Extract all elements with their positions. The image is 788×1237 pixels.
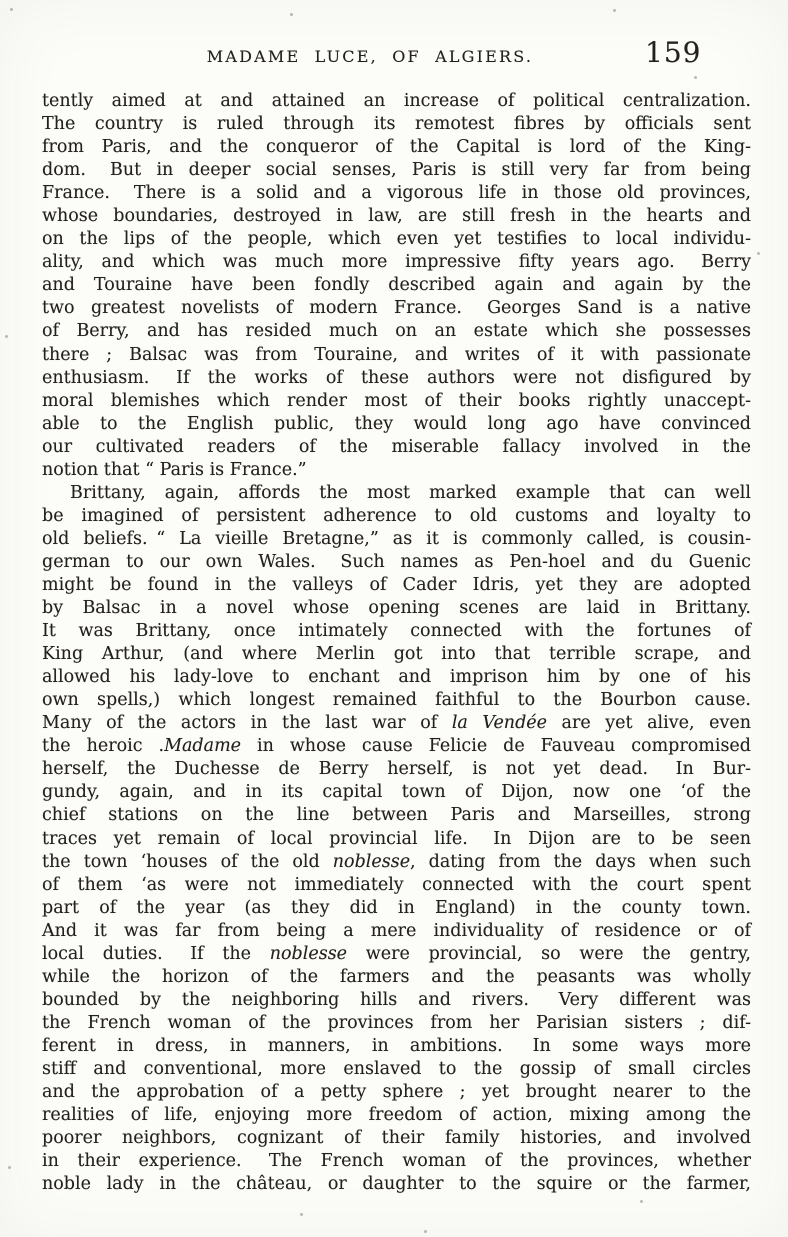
text-line: allowed his lady-love to enchant and imp… (42, 666, 751, 689)
text-run: noble lady in the château, or daughter t… (42, 1174, 751, 1194)
text-line: in their experience. The French woman of… (42, 1150, 751, 1173)
text-line: realities of life, enjoying more freedom… (42, 1104, 751, 1127)
text-run: in whose cause Felicie de Fauveau compro… (241, 736, 751, 756)
text-line: on the lips of the people, which even ye… (42, 228, 751, 251)
text-run: The country is ruled through its remotes… (42, 114, 751, 134)
text-line: two greatest novelists of modern France.… (42, 297, 751, 320)
scan-speck (757, 252, 760, 255)
text-line: The country is ruled through its remotes… (42, 113, 751, 136)
text-run: It was Brittany, once intimately connect… (42, 621, 751, 641)
text-run: Brittany, again, affords the most marked… (70, 483, 751, 503)
italic-run: noblesse (270, 944, 347, 964)
italic-run: Madame (164, 736, 241, 756)
scan-speck (424, 1230, 427, 1233)
text-run: poorer neighbors, cognizant of their fam… (42, 1128, 751, 1148)
text-run: while the horizon of the farmers and the… (42, 967, 751, 987)
text-run: part of the year (as they did in England… (42, 898, 751, 918)
text-line: own spells,) which longest remained fait… (42, 689, 751, 712)
italic-run: la Vendée (452, 713, 547, 733)
text-line: the town ‘houses of the old noblesse, da… (42, 851, 751, 874)
text-run: allowed his lady-love to enchant and imp… (42, 667, 751, 687)
text-run: And it was far from being a mere individ… (42, 921, 751, 941)
text-run: from Paris, and the conqueror of the Cap… (42, 137, 751, 157)
italic-run: noblesse (333, 852, 410, 872)
text-line: noble lady in the château, or daughter t… (42, 1173, 751, 1196)
text-line: Brittany, again, affords the most marked… (42, 482, 751, 505)
text-run: on the lips of the people, which even ye… (42, 229, 751, 249)
text-line: notion that “ Paris is France.” (42, 459, 751, 482)
scan-speck (300, 1213, 303, 1216)
text-run: german to our own Wales. Such names as P… (42, 552, 751, 572)
text-run: stiff and conventional, more enslaved to… (42, 1059, 751, 1079)
text-block: tently aimed at and attained an increase… (42, 90, 751, 1196)
text-run: there ; Balsac was from Touraine, and wr… (42, 345, 751, 365)
text-run: traces yet remain of local provincial li… (42, 829, 751, 849)
text-run: in their experience. The French woman of… (42, 1151, 751, 1171)
text-line: there ; Balsac was from Touraine, and wr… (42, 344, 751, 367)
text-run: by Balsac in a novel whose opening scene… (42, 598, 751, 618)
scan-speck (613, 9, 616, 12)
text-line: King Arthur, (and where Merlin got into … (42, 643, 751, 666)
text-run: local duties. If the (42, 944, 270, 964)
text-run: of them ‘as were not immediately connect… (42, 875, 751, 895)
running-head: MADAME LUCE, OF ALGIERS. 159 (0, 0, 788, 80)
text-line: moral blemishes which render most of the… (42, 390, 751, 413)
text-line: ality, and which was much more impressiv… (42, 251, 751, 274)
text-run: realities of life, enjoying more freedom… (42, 1105, 751, 1125)
text-line: able to the English public, they would l… (42, 413, 751, 436)
text-line: enthusiasm. If the works of these author… (42, 367, 751, 390)
text-run: two greatest novelists of modern France.… (42, 298, 751, 318)
text-line: chief stations on the line between Paris… (42, 804, 751, 827)
scan-speck (640, 1200, 643, 1203)
text-line: and the approbation of a petty sphere ; … (42, 1081, 751, 1104)
text-line: and Touraine have been fondly described … (42, 274, 751, 297)
text-line: our cultivated readers of the miserable … (42, 436, 751, 459)
text-run: old beliefs. “ La vieille Bretagne,” as … (42, 529, 751, 549)
scan-speck (694, 76, 697, 79)
text-line: of Berry, and has resided much on an est… (42, 320, 751, 343)
book-page: MADAME LUCE, OF ALGIERS. 159 tently aime… (0, 0, 788, 1237)
text-line: poorer neighbors, cognizant of their fam… (42, 1127, 751, 1150)
text-line: herself, the Duchesse de Berry herself, … (42, 758, 751, 781)
text-line: And it was far from being a mere individ… (42, 920, 751, 943)
scan-speck (8, 1166, 11, 1169)
text-run: the town ‘houses of the old (42, 852, 333, 872)
text-line: part of the year (as they did in England… (42, 897, 751, 920)
text-line: dom. But in deeper social senses, Paris … (42, 159, 751, 182)
scan-speck (5, 335, 8, 338)
text-run: be imagined of persistent adherence to o… (42, 506, 751, 526)
text-run: Many of the actors in the last war of (42, 713, 452, 733)
text-run: enthusiasm. If the works of these author… (42, 368, 751, 388)
text-line: might be found in the valleys of Cader I… (42, 574, 751, 597)
text-line: tently aimed at and attained an increase… (42, 90, 751, 113)
text-run: herself, the Duchesse de Berry herself, … (42, 759, 751, 779)
text-run: own spells,) which longest remained fait… (42, 690, 751, 710)
text-run: gundy, again, and in its capital town of… (42, 782, 751, 802)
text-line: stiff and conventional, more enslaved to… (42, 1058, 751, 1081)
text-run: whose boundaries, destroyed in law, are … (42, 206, 751, 226)
text-run: the heroic . (42, 736, 164, 756)
text-line: bounded by the neighboring hills and riv… (42, 989, 751, 1012)
text-line: be imagined of persistent adherence to o… (42, 505, 751, 528)
text-run: the French woman of the provinces from h… (42, 1013, 751, 1033)
text-run: tently aimed at and attained an increase… (42, 91, 751, 111)
text-run: King Arthur, (and where Merlin got into … (42, 644, 751, 664)
text-line: It was Brittany, once intimately connect… (42, 620, 751, 643)
page-number: 159 (645, 36, 701, 69)
text-run: , dating from the days when such (410, 852, 751, 872)
scan-speck (10, 8, 13, 11)
text-run: our cultivated readers of the miserable … (42, 437, 751, 457)
text-line: old beliefs. “ La vieille Bretagne,” as … (42, 528, 751, 551)
text-run: moral blemishes which render most of the… (42, 391, 751, 411)
text-run: ality, and which was much more impressiv… (42, 252, 751, 272)
text-run: ferent in dress, in manners, in ambition… (42, 1036, 751, 1056)
text-line: the heroic .Madame in whose cause Felici… (42, 735, 751, 758)
text-run: of Berry, and has resided much on an est… (42, 321, 751, 341)
scan-speck (290, 13, 293, 16)
text-run: are yet alive, even (547, 713, 751, 733)
text-line: gundy, again, and in its capital town of… (42, 781, 751, 804)
text-line: whose boundaries, destroyed in law, are … (42, 205, 751, 228)
text-run: and Touraine have been fondly described … (42, 275, 751, 295)
text-run: were provincial, so were the gentry, (347, 944, 751, 964)
text-run: France. There is a solid and a vigorous … (42, 183, 751, 203)
text-run: bounded by the neighboring hills and riv… (42, 990, 751, 1010)
text-line: local duties. If the noblesse were provi… (42, 943, 751, 966)
text-line: by Balsac in a novel whose opening scene… (42, 597, 751, 620)
text-run: dom. But in deeper social senses, Paris … (42, 160, 751, 180)
text-line: the French woman of the provinces from h… (42, 1012, 751, 1035)
text-run: might be found in the valleys of Cader I… (42, 575, 751, 595)
text-run: and the approbation of a petty sphere ; … (42, 1082, 751, 1102)
text-line: traces yet remain of local provincial li… (42, 828, 751, 851)
text-line: german to our own Wales. Such names as P… (42, 551, 751, 574)
text-line: while the horizon of the farmers and the… (42, 966, 751, 989)
text-run: notion that “ Paris is France.” (42, 460, 307, 480)
text-run: chief stations on the line between Paris… (42, 805, 751, 825)
text-run: able to the English public, they would l… (42, 414, 751, 434)
text-line: Many of the actors in the last war of la… (42, 712, 751, 735)
text-line: from Paris, and the conqueror of the Cap… (42, 136, 751, 159)
text-line: of them ‘as were not immediately connect… (42, 874, 751, 897)
text-line: ferent in dress, in manners, in ambition… (42, 1035, 751, 1058)
text-line: France. There is a solid and a vigorous … (42, 182, 751, 205)
